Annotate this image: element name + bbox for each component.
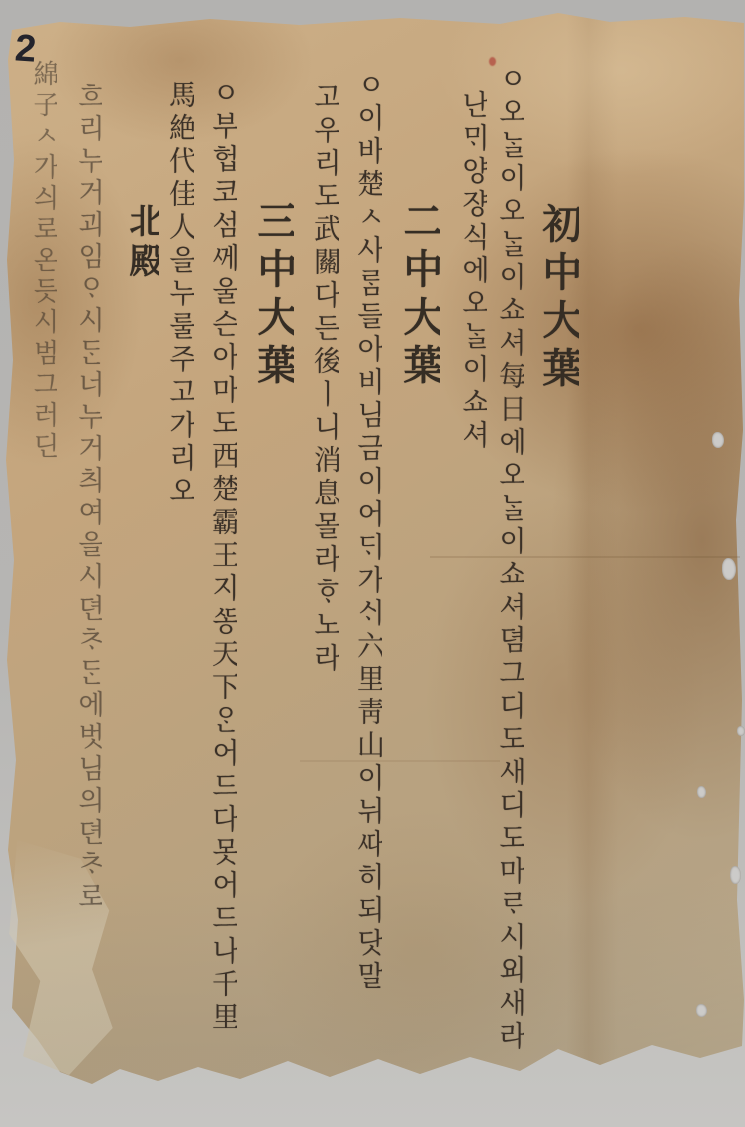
- song-column: ㅇ부헙코섬ᄭᅦ울슨아마도西楚霸王지ᄯᅩᆼ天下ᄋᆞᆫ어드다못어드나千里: [197, 78, 237, 1073]
- song-column: 綿子ㅅ가싀로온듯시범그러딘: [17, 60, 57, 670]
- paper-hole: [737, 726, 745, 736]
- song-column: 난ᄆᆡ양쟝식에오ᄂᆞᆯ이쇼셔: [447, 90, 487, 540]
- section-title: 初中大葉: [531, 203, 579, 403]
- paper-hole: [730, 866, 741, 884]
- song-column: ㅇ이바楚ㅅ사ᄅᆞᆷ들아비님금이어ᄃᆡ가ᄉᆡ六里靑山이뉘ᄯᅡ히되닷말: [342, 70, 382, 1070]
- crease-line: [300, 760, 500, 762]
- section-title: 北殿: [117, 203, 159, 293]
- section-title: 二中大葉: [392, 200, 440, 400]
- paper-hole: [697, 786, 706, 798]
- crease-line: [430, 556, 740, 558]
- paper-hole: [722, 558, 736, 580]
- section-title: 三中大葉: [246, 200, 294, 400]
- song-column: 흐리누거괴임ᄋᆞ시ᄃᆞᆫ너누거츼여을시뎐ᄎᆞᄃᆞᆫ에벗님의뎐ᄎᆞ로: [62, 82, 102, 1017]
- song-column: 고우리도武關다든後ㅣ니消息몰라ᄒᆞ노라: [299, 82, 339, 722]
- paper-hole: [696, 1004, 707, 1017]
- photo-of-manuscript: { "photo": { "backdrop_color": "#b5b3b1"…: [0, 0, 745, 1127]
- song-column: ㅇ오ᄂᆞᆯ이오ᄂᆞᆯ이쇼셔每日에오ᄂᆞᆯ이쇼셔뎜그디도새디도마ᄅᆞ시ᄋᆈ새라: [484, 64, 524, 1064]
- paper-hole: [712, 432, 724, 448]
- song-column: 馬絶代佳人을누룰주고가리오: [154, 80, 194, 580]
